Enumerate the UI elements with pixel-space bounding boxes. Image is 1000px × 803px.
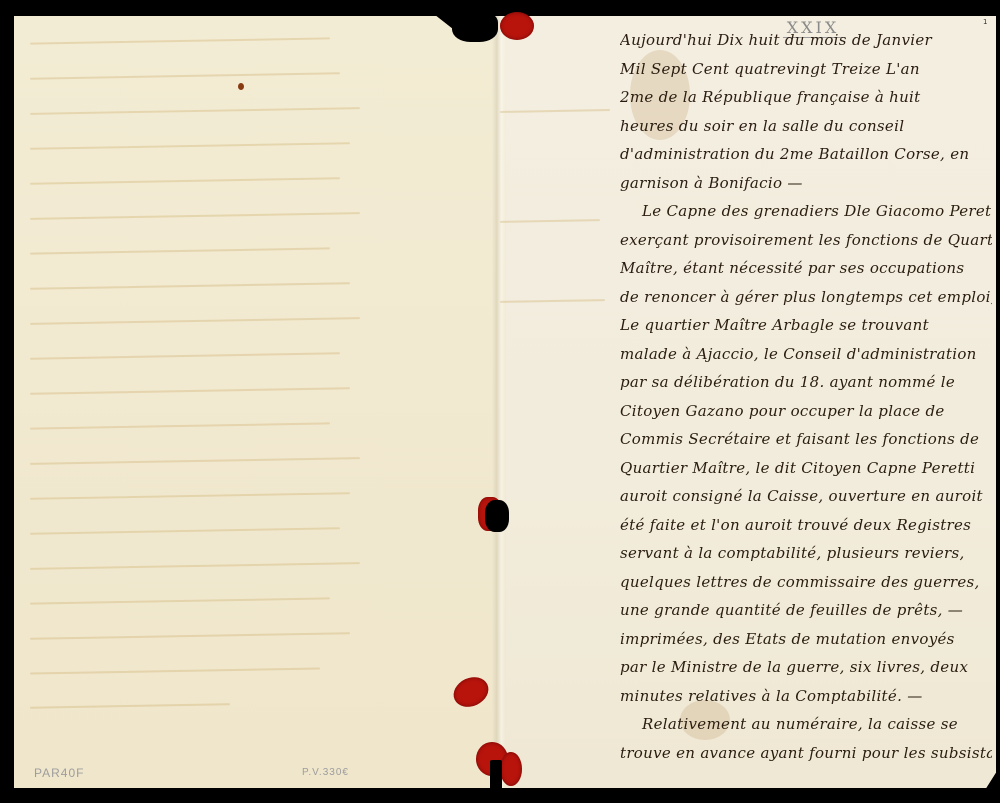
text-line: d'administration du 2me Bataillon Corse,…: [620, 140, 992, 169]
text-line: quelques lettres de commissaire des guer…: [620, 568, 992, 597]
text-line: Citoyen Gazano pour occuper la place de: [620, 397, 992, 426]
text-line: Commis Secrétaire et faisant les fonctio…: [620, 425, 992, 454]
page-number: 1: [983, 18, 987, 26]
text-line: 2me de la République française à huit: [620, 83, 992, 112]
text-line: minutes relatives à la Comptabilité. —: [620, 682, 992, 711]
text-line: Relativement au numéraire, la caisse se: [620, 710, 992, 739]
archive-mark-left: PAR40F: [34, 766, 84, 780]
wax-seal-top: [500, 12, 534, 40]
text-line: garnison à Bonifacio —: [620, 169, 992, 198]
text-line: auroit consigné la Caisse, ouverture en …: [620, 482, 992, 511]
text-line: Maître, étant nécessité par ses occupati…: [620, 254, 992, 283]
text-line: Le quartier Maître Arbagle se trouvant: [620, 311, 992, 340]
text-line: de renoncer à gérer plus longtemps cet e…: [620, 283, 992, 312]
text-line: heures du soir en la salle du conseil: [620, 112, 992, 141]
text-line: malade à Ajaccio, le Conseil d'administr…: [620, 340, 992, 369]
archive-mark-center: P.V.330€: [302, 767, 349, 778]
text-line: par le Ministre de la guerre, six livres…: [620, 653, 992, 682]
text-line: Mil Sept Cent quatrevingt Treize L'an: [620, 55, 992, 84]
seal-hole-bottom: [490, 760, 502, 790]
center-fold: [492, 16, 506, 788]
text-line: Le Capne des grenadiers Dle Giacomo Pere…: [620, 197, 992, 226]
text-line: servant à la comptabilité, plusieurs rev…: [620, 539, 992, 568]
ink-spot: [238, 83, 244, 90]
text-line: exerçant provisoirement les fonctions de…: [620, 226, 992, 255]
text-line: été faite et l'on auroit trouvé deux Reg…: [620, 511, 992, 540]
text-line: Quartier Maître, le dit Citoyen Capne Pe…: [620, 454, 992, 483]
text-line: par sa délibération du 18. ayant nommé l…: [620, 368, 992, 397]
seal-hole-middle: [485, 500, 509, 532]
handwritten-text: Aujourd'hui Dix huit du mois de Janvier …: [620, 26, 992, 767]
wax-seal-bottom-right: [500, 752, 522, 786]
text-line: une grande quantité de feuilles de prêts…: [620, 596, 992, 625]
text-line: imprimées, des Etats de mutation envoyés: [620, 625, 992, 654]
text-line: trouve en avance ayant fourni pour les s…: [620, 739, 992, 768]
torn-notch: [452, 10, 498, 42]
text-line: Aujourd'hui Dix huit du mois de Janvier: [620, 26, 992, 55]
